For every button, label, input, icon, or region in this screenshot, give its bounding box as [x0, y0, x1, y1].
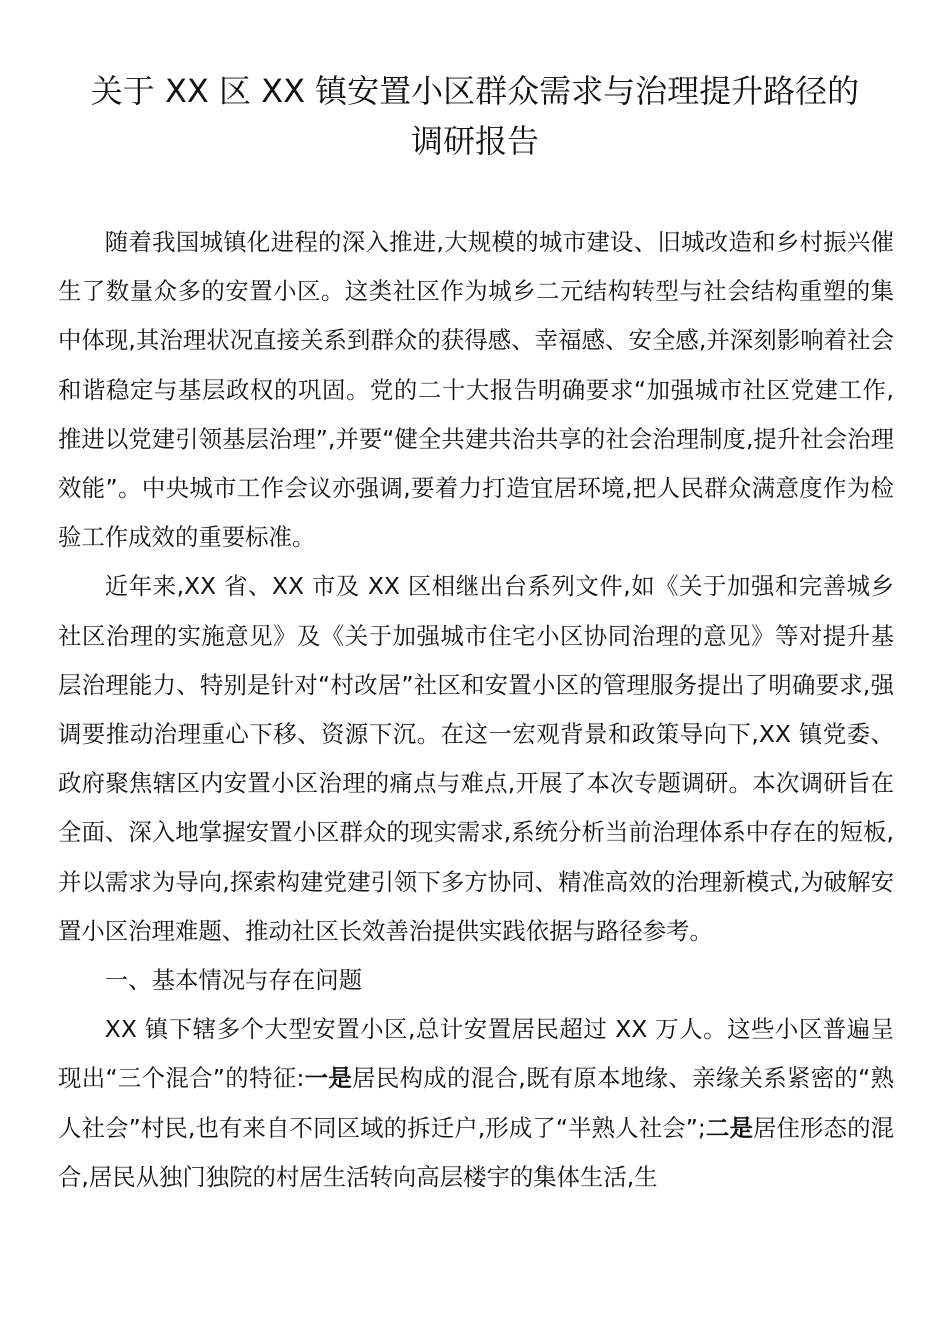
document-page: 关于 XX 区 XX 镇安置小区群众需求与治理提升路径的 调研报告 随着我国城镇… — [0, 0, 950, 1344]
title-line-1: 关于 XX 区 XX 镇安置小区群众需求与治理提升路径的 — [91, 72, 859, 110]
bold-marker-first: 一是 — [304, 1064, 352, 1092]
section-heading: 一、基本情况与存在问题 — [58, 956, 894, 1005]
paragraph-basic-situation: XX 镇下辖多个大型安置小区,总计安置居民超过 XX 万人。这些小区普遍呈现出“… — [58, 1005, 894, 1202]
paragraph-background: 随着我国城镇化进程的深入推进,大规模的城市建设、旧城改造和乡村振兴催生了数量众多… — [58, 218, 894, 562]
document-title: 关于 XX 区 XX 镇安置小区群众需求与治理提升路径的 调研报告 — [40, 66, 910, 166]
document-body: 随着我国城镇化进程的深入推进,大规模的城市建设、旧城改造和乡村振兴催生了数量众多… — [58, 218, 894, 1202]
title-line-2: 调研报告 — [411, 122, 539, 160]
bold-marker-second: 二是 — [706, 1114, 753, 1142]
paragraph-policy-context: 近年来,XX 省、XX 市及 XX 区相继出台系列文件,如《关于加强和完善城乡社… — [58, 562, 894, 956]
